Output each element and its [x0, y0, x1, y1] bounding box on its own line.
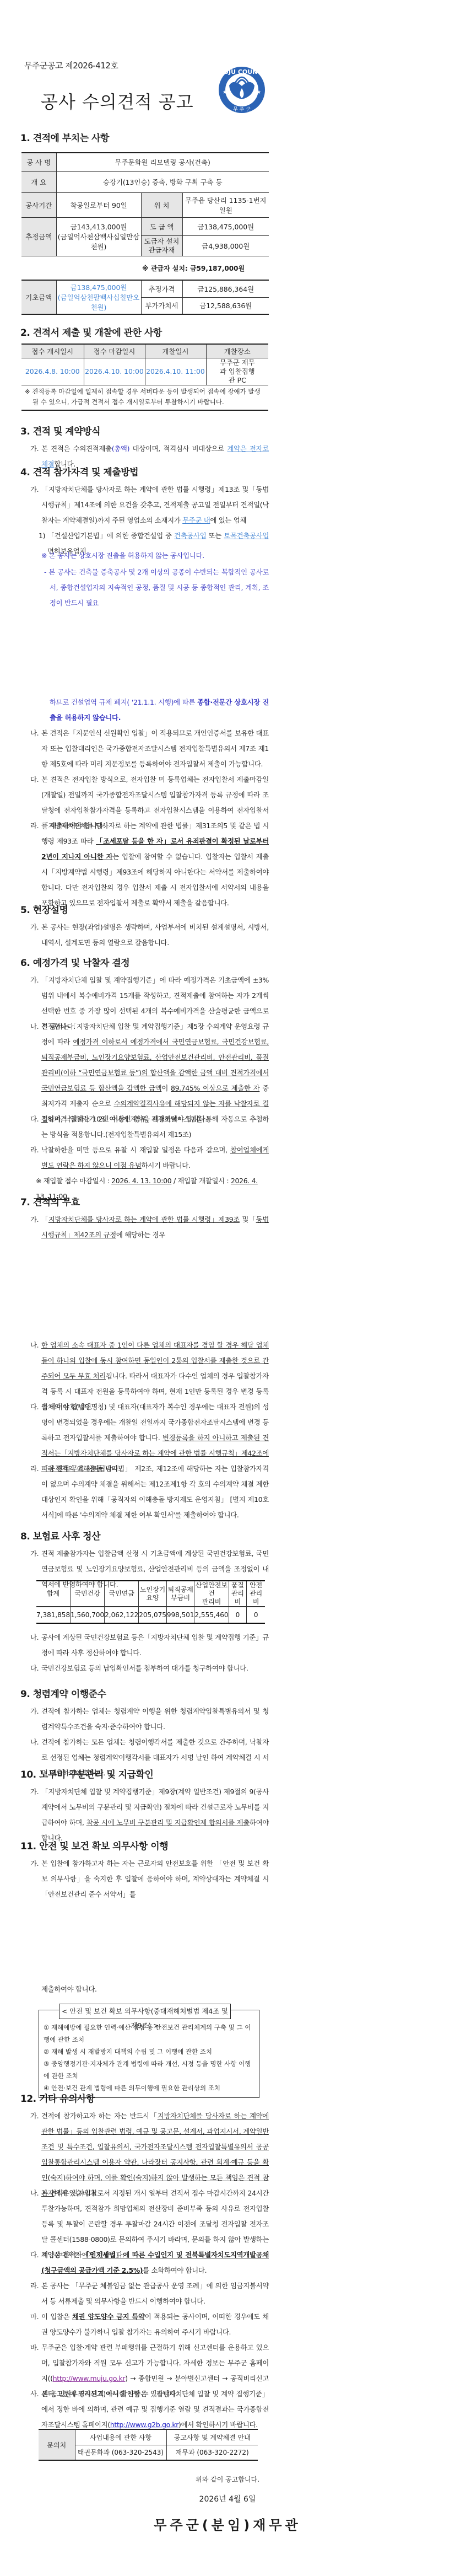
- section-4-dash-note-1: - 본 공사는 건축물 증축공사 및 2개 이상의 공종이 수반되는 복합적인 …: [44, 565, 269, 611]
- label-estimated-amount: 추정금액: [21, 217, 56, 256]
- header-close-time: 접수 마감일시: [84, 344, 145, 358]
- value-industrial-safety: 2,555,460: [194, 1607, 229, 1623]
- notice-number: 무주군공고 제2026-412호: [24, 60, 118, 71]
- value-long-term-care: 205,075: [139, 1607, 167, 1623]
- section-11-item-a: 가.본 입찰에 참가하고자 하는 자는 근로자의 안전보호를 위한 「안전 및 …: [30, 1856, 269, 1902]
- section-4-mutual-market-note: ※ 본 공사는 상호시장 진출을 허용하지 않는 공사입니다.: [41, 548, 269, 563]
- label-location: 위 치: [141, 192, 182, 217]
- header-start-time: 접수 개시일시: [21, 344, 84, 358]
- section-4-dash-note-2: 하므로 건설업역 규제 폐지( '21.1.1. 시행)에 따른 종합·전문간 …: [50, 695, 269, 726]
- insurance-table: 합계 국민건강 국민연금 노인장기 요양 퇴직공제 부금비 산업안전보건 관리비…: [36, 1580, 265, 1624]
- value-vat: 금12,588,636원: [182, 297, 269, 314]
- section-9-item-a: 가.견적에 참가하는 업체는 청렴계약 이행을 위한 청렴계약입찰특별유의서 및…: [30, 1704, 269, 1735]
- section-12-item-d: 라.본 공사는 「무주군 체불임금 없는 관급공사 운영 조례」에 의한 임금지…: [30, 2278, 269, 2309]
- contact-business-dept: 태권문화과 (063-320-2543): [75, 2445, 166, 2460]
- section-6-heading: 6. 예정가격 및 낙찰자 결정: [20, 955, 129, 969]
- section-5-heading: 5. 현장설명: [20, 902, 68, 916]
- section-4-item-a: 가. 「지방자치단체를 당사자로 하는 계약에 관한 법률 시행령」제13조 및…: [30, 482, 269, 528]
- notice-date: 2026년 4월 6일: [0, 2493, 455, 2504]
- value-open-time: 2026.4.10. 11:00: [145, 358, 206, 385]
- base-amount-number: 금138,475,000원: [57, 282, 141, 292]
- header-quality: 품질 관리비: [229, 1581, 247, 1607]
- section-12-item-e: 마. 이 입찰은 채권 양도양수 금지 특약이 적용되는 공사이며, 어떠한 경…: [30, 2309, 269, 2340]
- section-12-item-c: 다. 계약상대자는 「인지세법」에 따른 수입인지 및 전북특별자치도지역개발공…: [30, 2247, 269, 2278]
- label-contract-amount: 도 급 액: [141, 217, 182, 235]
- project-info-table: 공 사 명 무주문화원 리모델링 공사(건축) 개 요 승강기(13인승) 증축…: [21, 152, 269, 256]
- section-7-item-d: 라.「공직자의 이해충돌 방지법」 제2조, 제12조에 해당하는 자는 입찰참…: [30, 1461, 269, 1523]
- section-2-heading: 2. 견적서 제출 및 개찰에 관한 사항: [20, 325, 162, 339]
- section-10-heading: 10. 노무비 구분관리 및 지급확인: [20, 1767, 153, 1780]
- section-7-heading: 7. 견적의 무효: [20, 1194, 80, 1208]
- section-8-item-c: 다.국민건강보험료 등의 납입확인서를 첨부하여 대가를 청구하여야 합니다.: [30, 1661, 269, 1676]
- civil-architecture-license-link[interactable]: 토목건축공사업: [224, 532, 269, 540]
- value-estimated-amount: 금143,413,000원 (금일억사천삼백사십일만삼천원): [56, 217, 141, 256]
- value-contract-amount: 금138,475,000원: [182, 217, 269, 235]
- muju-county-emblem-icon: MUJU COUNTY ★ ★ 무 주 군: [217, 55, 267, 125]
- base-amount-table: 기초금액 금138,475,000원 (금일억삼천팔백사십칠만오천원) 추정가격…: [21, 280, 269, 315]
- section-8-heading: 8. 보험료 사후 정산: [20, 1528, 100, 1542]
- schedule-note: ※ 견적등록 마감일에 일제히 접속할 경우 서버다운 등이 발생되어 접속에 …: [21, 385, 268, 410]
- value-summary: 승강기(13인승) 증축, 방화 구획 구축 등: [56, 171, 269, 192]
- value-base-amount: 금138,475,000원 (금일억삼천팔백사십칠만오천원): [56, 280, 141, 314]
- g2b-homepage-link[interactable]: http://www.g2b.go.kr: [110, 2421, 178, 2429]
- value-period: 착공일로부터 90일: [56, 192, 141, 217]
- header-industrial-safety: 산업안전보건 관리비: [194, 1581, 229, 1607]
- value-safety: 0: [247, 1607, 265, 1623]
- base-amount-korean: (금일억삼천팔백사십칠만오천원): [57, 292, 141, 312]
- header-safety: 안전 관리비: [247, 1581, 265, 1607]
- section-10-item-a: 가. 「지방자치단체 입찰 및 계약집행기준」제9장(계약 일반조건) 제9절의…: [30, 1784, 269, 1846]
- section-4-heading: 4. 견적 참가자격 및 제출방법: [20, 464, 138, 478]
- header-retirement: 퇴직공제 부금비: [166, 1581, 194, 1607]
- section-12-item-g: 사. 본 공고문에 명시되지 아니한 사항은 「지방자치단체 입찰 및 계약 집…: [30, 2386, 269, 2433]
- label-project-name: 공 사 명: [21, 153, 56, 171]
- section-5-item-a: 가.본 공사는 현장(과업)설명은 생략하며, 사업부서에 비치된 설계설명서,…: [30, 920, 269, 951]
- section-8-item-b: 나.공사에 계상된 국민건강보험료 등은「지방자치단체 입찰 및 계약집행 기준…: [30, 1630, 269, 1661]
- section-4-item-d: 라. 「지방자치단체를 당사자로 하는 계약에 관한 법률」제31조의5 및 같…: [30, 818, 269, 911]
- section-3-heading: 3. 견적 및 계약방식: [20, 423, 100, 437]
- header-long-term-care: 노인장기 요양: [139, 1581, 167, 1607]
- section-6-item-b: 나. 본 공사는「지방자치단체 입찰 및 계약집행기준」제5장 수의계약 운영요…: [30, 1019, 269, 1127]
- header-health: 국민건강: [71, 1581, 105, 1607]
- svg-text:무 주 군: 무 주 군: [233, 106, 251, 112]
- government-supply-note: ※ 관급자 설치: 금59,187,000원: [142, 264, 245, 273]
- section-6-item-c: 다.동일가격 입찰자가 2인 이상인 경우, 전자조달시스템을 통해 자동으로 …: [30, 1112, 269, 1142]
- closing-statement: 위와 같이 공고합니다.: [0, 2475, 455, 2484]
- section-6-item-d: 라. 낙찰하한율 미만 등으로 유찰 시 재입찰 일정은 다음과 같으며, 참여…: [30, 1142, 269, 1173]
- value-supplied-materials: 금4,938,000원: [182, 235, 269, 256]
- safety-obligations-box: < 안전 및 보건 확보 의무사항(중대재해처벌법 제4조 및 제9조) > ①…: [39, 2010, 259, 2098]
- header-pension: 국민연금: [105, 1581, 139, 1607]
- estimated-amount-number: 금143,413,000원: [57, 222, 141, 232]
- muju-area-link[interactable]: 무주군 내: [182, 516, 210, 524]
- label-summary: 개 요: [21, 171, 56, 192]
- schedule-table: 접수 개시일시 접수 마감일시 개찰일시 개찰장소 2026.4.8. 10:0…: [21, 344, 268, 411]
- estimated-amount-korean: (금일억사천삼백사십일만삼천원): [57, 232, 141, 251]
- contact-finance-dept: 재무과 (063-320-2272): [166, 2445, 258, 2460]
- label-base-amount: 기초금액: [21, 280, 56, 314]
- architecture-license-link[interactable]: 건축공사업: [174, 532, 206, 540]
- value-estimated-price: 금125,886,364원: [182, 280, 269, 297]
- contact-label: 문의처: [39, 2429, 75, 2460]
- header-open-place: 개찰장소: [206, 344, 268, 358]
- section-4-item-b: 나.본 견적은「지문인식 신원확인 입찰」이 적용되므로 개인인증서를 보유한 …: [30, 726, 269, 772]
- label-estimated-price: 추정가격: [141, 280, 182, 297]
- value-close-time: 2026.4.10. 10:00: [84, 358, 145, 385]
- label-supplied-materials: 도급자 설치 관급자재: [141, 235, 182, 256]
- value-open-place: 무주군 재무과 입찰집행관 PC: [206, 358, 268, 385]
- value-retirement: 998,501: [166, 1607, 194, 1623]
- value-pension: 2,062,122: [105, 1607, 139, 1623]
- svg-text:★: ★: [223, 90, 227, 95]
- header-total: 합계: [36, 1581, 71, 1607]
- section-7-item-a: 가. 「지방자치단체를 당사자로 하는 계약에 관한 법률 시행령」제39조 및…: [30, 1212, 269, 1243]
- safety-item-3: ③ 중앙행정기관·지자체가 관계 법령에 따라 개선, 시정 등을 명한 사항 …: [44, 2058, 254, 2082]
- contact-notice-header: 공고사항 및 계약체결 안내: [166, 2429, 258, 2445]
- section-11-item-a-continued: 제출하여야 합니다.: [41, 1982, 269, 1997]
- contact-table: 문의처 사업내용에 관한 사항 공고사항 및 계약체결 안내 태권문화과 (06…: [39, 2429, 258, 2461]
- muju-homepage-link[interactable]: http://www.muju.go.kr: [53, 2374, 125, 2382]
- logo-text: MUJU COUNTY: [218, 68, 267, 76]
- value-start-time: 2026.4.8. 10:00: [21, 358, 84, 385]
- section-9-heading: 9. 청렴계약 이행준수: [20, 1686, 106, 1700]
- value-location: 무주읍 당산리 1135-1번지 일원: [182, 192, 269, 217]
- section-1-heading: 1. 견적에 부치는 사항: [20, 130, 109, 144]
- value-quality: 0: [229, 1607, 247, 1623]
- section-11-heading: 11. 안전 및 보건 확보 의무사항 이행: [20, 1838, 168, 1852]
- page-title: 공사 수의견적 공고: [41, 88, 194, 114]
- value-project-name: 무주문화원 리모델링 공사(건축): [56, 153, 269, 171]
- signature: 무주군(분임)재무관: [0, 2514, 455, 2534]
- value-health: 1,560,700: [71, 1607, 105, 1623]
- section-12-heading: 12. 기타 유의사항: [20, 2091, 95, 2105]
- label-period: 공사기간: [21, 192, 56, 217]
- safety-item-2: ② 재해 발생 시 재발방지 대책의 수립 및 그 이행에 관한 조치: [44, 2046, 254, 2058]
- svg-text:★: ★: [257, 90, 261, 95]
- label-vat: 부가가치세: [141, 297, 182, 314]
- value-total: 7,381,858: [36, 1607, 71, 1623]
- safety-obligations-title: < 안전 및 보건 확보 의무사항(중대재해처벌법 제4조 및 제9조) >: [59, 2004, 231, 2019]
- contact-business-header: 사업내용에 관한 사항: [75, 2429, 166, 2445]
- header-open-time: 개찰일시: [145, 344, 206, 358]
